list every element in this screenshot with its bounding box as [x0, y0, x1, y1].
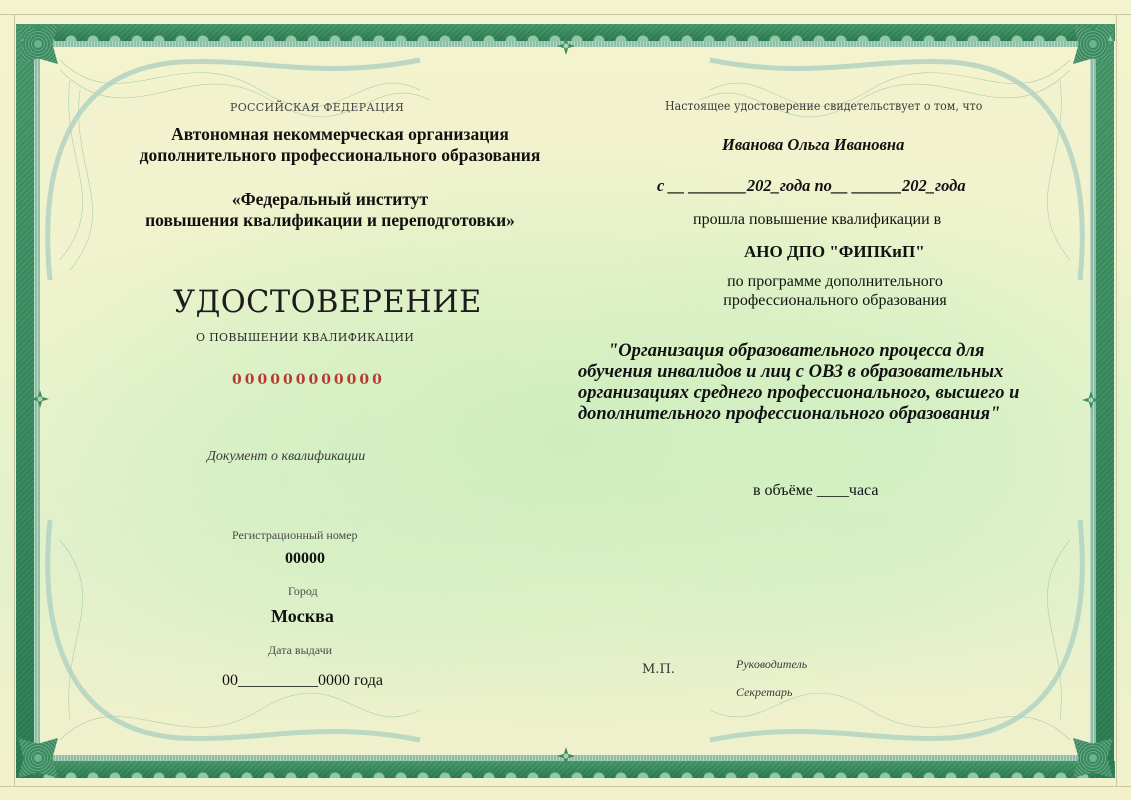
organization-short-name: АНО ДПО "ФИПКиП": [744, 242, 925, 262]
issue-date-label: Дата выдачи: [268, 643, 332, 658]
outer-frame-line-bottom: [0, 786, 1131, 787]
course-line: обучения инвалидов и лиц с ОВЗ в образов…: [578, 362, 1098, 383]
document-subtitle: О ПОВЫШЕНИИ КВАЛИФИКАЦИИ: [196, 331, 414, 344]
outer-frame-line-right: [1116, 14, 1117, 786]
course-line: "Организация образовательного процесса д…: [578, 341, 1098, 362]
city-label: Город: [288, 584, 318, 599]
person-name: Иванова Ольга Ивановна: [722, 135, 904, 155]
corner-rosette-icon: [1073, 738, 1113, 778]
course-line: дополнительного профессионального образо…: [578, 404, 1098, 425]
secretary-signature-label: Секретарь: [736, 685, 792, 700]
registration-number: 00000: [285, 550, 325, 568]
border-band-top: [16, 24, 1115, 41]
border-band-left: [16, 24, 34, 778]
training-period: с __ _______202_года по__ ______202_года: [657, 176, 966, 196]
institute-line: повышения квалификации и переподготовки»: [110, 210, 550, 231]
program-line: профессионального образования: [690, 291, 980, 310]
document-title: УДОСТОВЕРЕНИЕ: [173, 284, 482, 320]
program-line: по программе дополнительного: [690, 272, 980, 291]
passed-text: прошла повышение квалификации в: [693, 211, 941, 229]
border-band-bottom: [16, 761, 1115, 778]
course-title: "Организация образовательного процесса д…: [578, 341, 1098, 425]
outer-frame-line-top: [0, 14, 1131, 15]
organization-line: дополнительного профессионального образо…: [112, 145, 568, 166]
organization-line: Автономная некоммерческая организация: [112, 124, 568, 145]
head-signature-label: Руководитель: [736, 657, 807, 672]
issue-date-value: 00__________0000 года: [222, 672, 383, 690]
hours-text: в объёме ____часа: [753, 482, 878, 500]
outer-frame-line-left: [14, 14, 15, 786]
border-band-right: [1096, 24, 1114, 778]
seal-label: М.П.: [642, 662, 675, 677]
city-value: Москва: [271, 606, 334, 627]
registration-label: Регистрационный номер: [232, 528, 358, 543]
course-line: организациях среднего профессионального,…: [578, 383, 1098, 404]
institute-name: «Федеральный институт повышения квалифик…: [110, 189, 550, 231]
serial-number: 000000000000: [232, 372, 385, 388]
institute-line: «Федеральный институт: [110, 189, 550, 210]
organization-name: Автономная некоммерческая организация до…: [112, 124, 568, 166]
corner-rosette-icon: [18, 738, 58, 778]
document-type: Документ о квалификации: [207, 449, 365, 465]
corner-rosette-icon: [1073, 24, 1113, 64]
corner-rosette-icon: [18, 24, 58, 64]
program-text: по программе дополнительного профессиона…: [690, 272, 980, 310]
country-label: РОССИЙСКАЯ ФЕДЕРАЦИЯ: [230, 101, 404, 114]
certifies-text: Настоящее удостоверение свидетельствует …: [665, 99, 982, 113]
